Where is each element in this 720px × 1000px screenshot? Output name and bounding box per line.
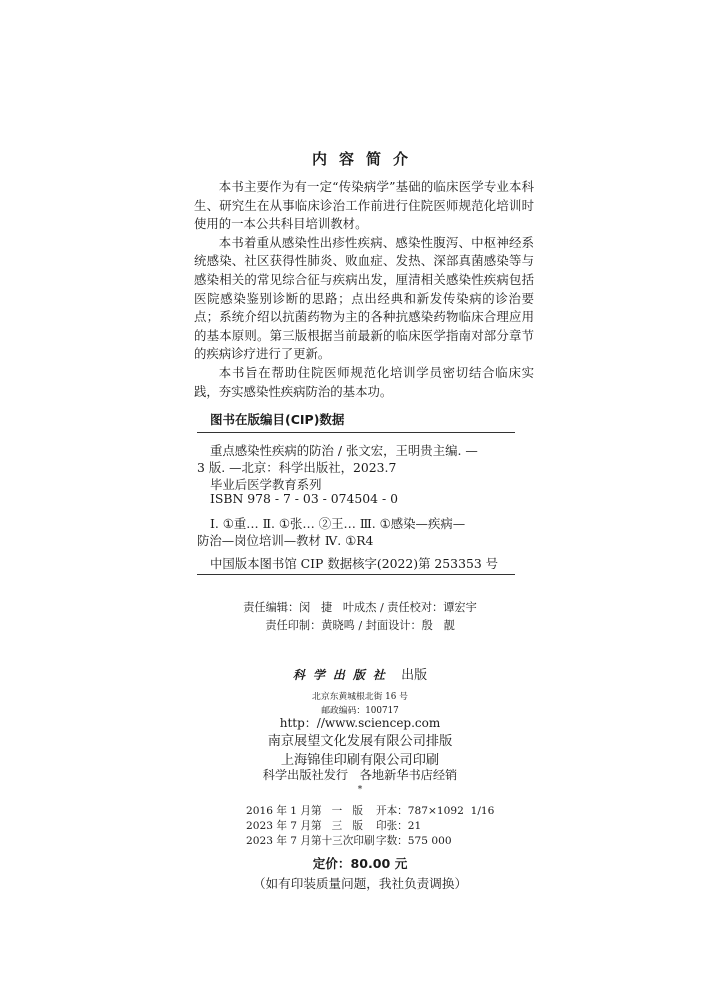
edition-row: 2023 年 7 月第 三 版 印张：21 (246, 819, 494, 834)
edition-cell: 2023 年 7 月第十三次印刷 (246, 834, 376, 849)
edition-cell: 字数：575 000 (376, 834, 494, 849)
publisher-line: 科学出版社 出版 (0, 664, 720, 683)
cip-bottom-rule (197, 574, 515, 575)
page-title: 内容简介 (0, 148, 720, 169)
typesetter-line: 南京展望文化发展有限公司排版 (0, 730, 720, 749)
publisher-url: http：//www.sciencep.com (0, 714, 720, 731)
cip-heading: 图书在版编目(CIP)数据 (210, 410, 344, 428)
edition-info-table: 2016 年 1 月第 一 版 开本：787×1092 1/16 2023 年 … (246, 804, 494, 849)
cip-classification-line: Ⅰ. ①重… Ⅱ. ①张… ②王… Ⅲ. ①感染—疾病— (210, 514, 465, 532)
publisher-name: 科学出版社 (293, 668, 393, 682)
quality-note: （如有印装质量问题，我社负责调换） (0, 873, 720, 892)
cip-isbn-line: ISBN 978 - 7 - 03 - 074504 - 0 (210, 491, 398, 506)
price: 定价：80.00 元 (0, 853, 720, 872)
edition-cell: 印张：21 (376, 819, 494, 834)
cip-edition-line: 3 版. —北京：科学出版社，2023.7 (197, 458, 396, 476)
edition-cell: 2016 年 1 月第 一 版 (246, 804, 376, 819)
distribution-line: 科学出版社发行 各地新华书店经销 (0, 766, 720, 783)
cip-record-number: 中国版本图书馆 CIP 数据核字(2022)第 253353 号 (210, 554, 498, 572)
editors-line: 责任编辑：闵 捷 叶成杰 / 责任校对：谭宏宇 (0, 599, 720, 615)
publisher-suffix: 出版 (401, 668, 427, 683)
publisher-address: 北京东黄城根北街 16 号 (0, 689, 720, 702)
intro-paragraph: 本书主要作为有一定“传染病学”基础的临床医学专业本科生、研究生在从事临床诊治工作… (194, 178, 534, 234)
separator-star: * (0, 785, 720, 795)
edition-row: 2016 年 1 月第 一 版 开本：787×1092 1/16 (246, 804, 494, 819)
intro-paragraph: 本书旨在帮助住院医师规范化培训学员密切结合临床实践，夯实感染性疾病防治的基本功。 (194, 364, 534, 401)
cip-title-line: 重点感染性疾病的防治 / 张文宏，王明贵主编. — (210, 441, 478, 459)
edition-cell: 2023 年 7 月第 三 版 (246, 819, 376, 834)
intro-paragraph: 本书着重从感染性出疹性疾病、感染性腹泻、中枢神经系统感染、社区获得性肺炎、败血症… (194, 234, 534, 364)
production-line: 责任印制：黄晓鸣 / 封面设计：殷 靓 (0, 617, 720, 633)
intro-text: 本书主要作为有一定“传染病学”基础的临床医学专业本科生、研究生在从事临床诊治工作… (194, 178, 534, 401)
cip-classification-line-2: 防治—岗位培训—教材 Ⅳ. ①R4 (197, 531, 373, 549)
edition-cell: 开本：787×1092 1/16 (376, 804, 494, 819)
cip-top-rule (197, 432, 515, 433)
edition-row: 2023 年 7 月第十三次印刷 字数：575 000 (246, 834, 494, 849)
